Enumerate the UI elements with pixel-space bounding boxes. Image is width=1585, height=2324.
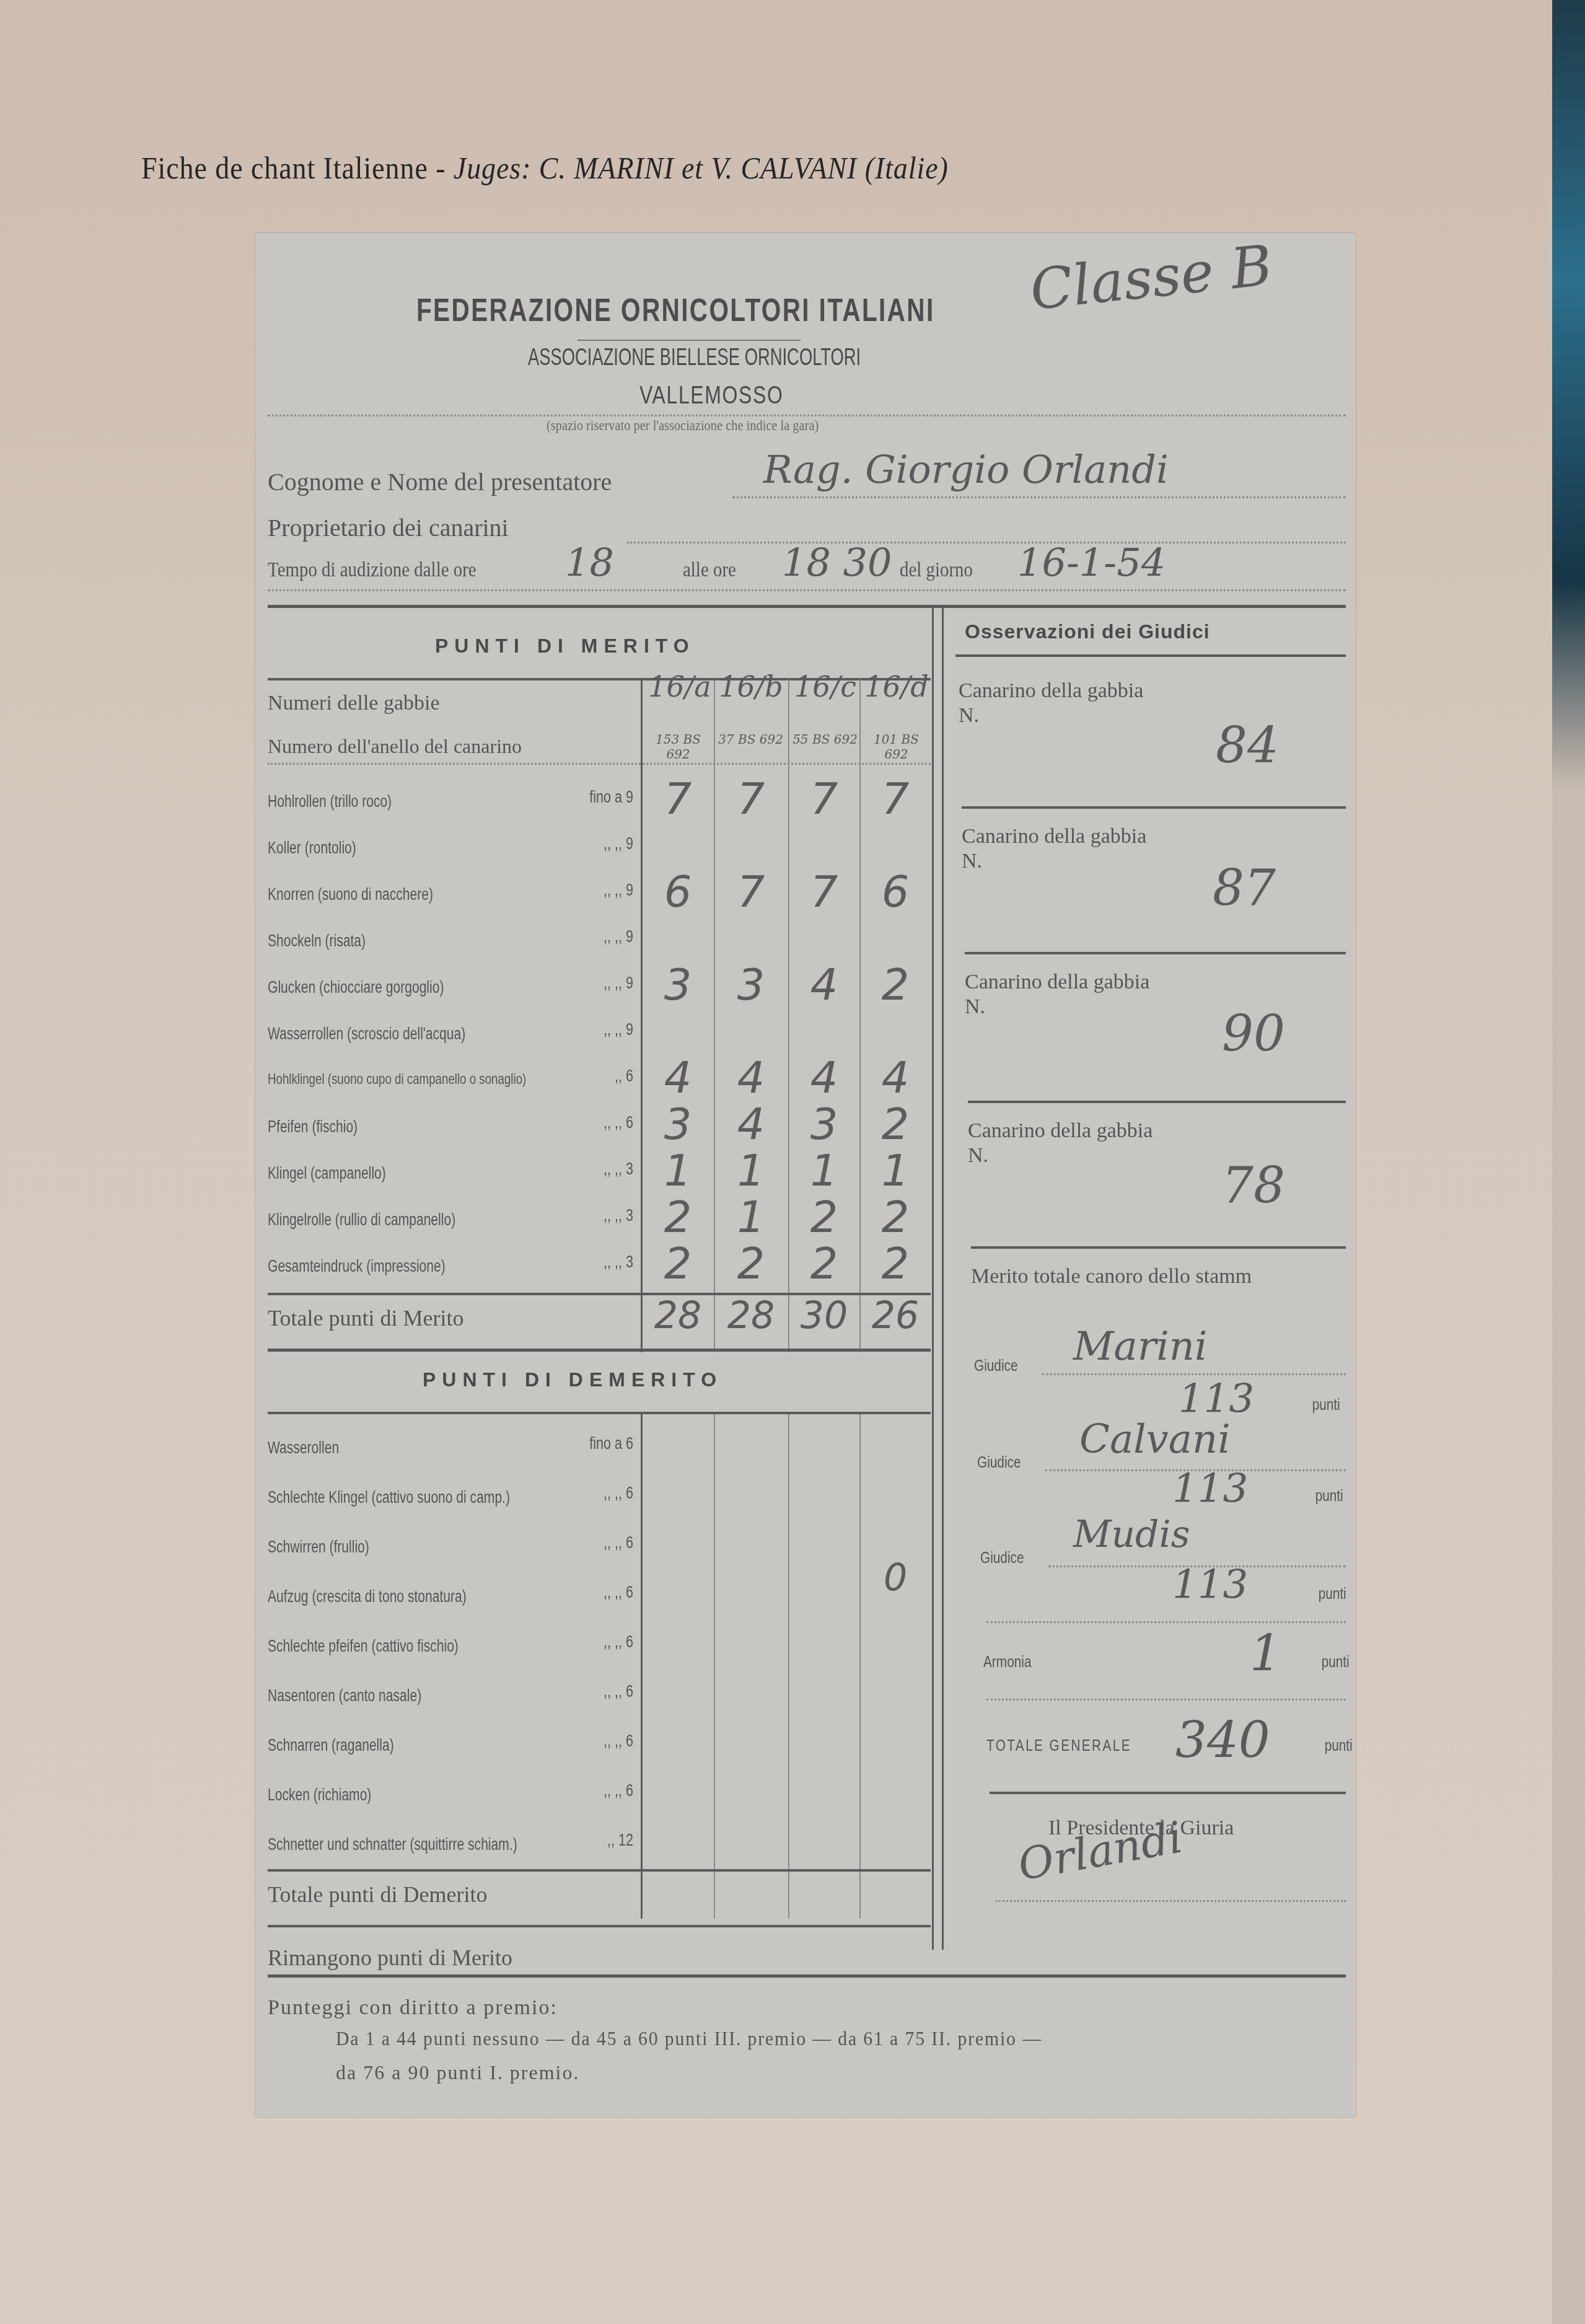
merit-title: PUNTI DI MERITO (435, 635, 695, 658)
score-cell[interactable]: 1 (647, 1145, 709, 1196)
merit-row: Hohlklingel (suono cupo di campanello o … (255, 1057, 931, 1104)
presenter-value[interactable]: Rag. Giorgio Orlandi (763, 447, 1169, 492)
ring-number[interactable]: 101 BS 692 (861, 732, 932, 762)
row-max: ,, 12 (534, 1831, 633, 1850)
score-cell[interactable]: 3 (720, 959, 782, 1010)
cage-number[interactable]: 16/d (863, 670, 931, 703)
merit-row: Klingel (campanello) ,, ,, 3 1 1 1 1 (255, 1150, 931, 1197)
row-max: fino a 6 (534, 1434, 633, 1453)
cage-obs-n: N. (962, 850, 982, 873)
row-divider (268, 763, 931, 765)
harmony-value[interactable]: 1 (1250, 1624, 1281, 1682)
row-max: ,, 6 (534, 1067, 633, 1086)
row-max: ,, ,, 3 (534, 1160, 633, 1179)
prizes-line-1: Da 1 a 44 punti nessuno — da 45 a 60 pun… (336, 2027, 1042, 2050)
merit-row: Glucken (chiocciare gorgoglio) ,, ,, 9 3… (255, 964, 931, 1011)
row-label: Pfeifen (fischio) (268, 1117, 358, 1137)
demerit-row: Schnetter und schnatter (squittirre schi… (255, 1820, 931, 1869)
row-max: ,, ,, 9 (534, 974, 633, 993)
merit-row: Klingelrolle (rullio di campanello) ,, ,… (255, 1197, 931, 1243)
row-max: ,, ,, 6 (534, 1113, 633, 1132)
score-cell[interactable]: 1 (793, 1145, 855, 1196)
time-line (268, 589, 1346, 591)
score-cell[interactable]: 2 (864, 1238, 926, 1289)
row-label: Schnetter und schnatter (squittirre schi… (268, 1835, 517, 1854)
bottom-rule (268, 1974, 1346, 1978)
page-caption: Fiche de chant Italienne - Juges: C. MAR… (141, 150, 949, 186)
merit-row: Wasserrollen (scroscio dell'acqua) ,, ,,… (255, 1011, 931, 1057)
cage-obs-value[interactable]: 87 (1213, 859, 1276, 917)
grand-total-value[interactable]: 340 (1175, 1711, 1270, 1769)
score-cell[interactable]: 7 (793, 866, 855, 917)
section-rule-top (268, 605, 1346, 608)
remaining-label: Rimangono punti di Merito (268, 1945, 512, 1971)
row-label: Locken (richiamo) (268, 1785, 371, 1805)
score-cell[interactable]: 2 (647, 1192, 709, 1243)
association-name: ASSOCIAZIONE BIELLESE ORNICOLTORI (528, 345, 861, 371)
score-cell[interactable]: 2 (793, 1192, 855, 1243)
judge-points[interactable]: 113 (1172, 1466, 1248, 1512)
cage-obs-value[interactable]: 84 (1216, 716, 1279, 774)
row-label: Klingel (campanello) (268, 1164, 386, 1183)
demerit-row: Schlechte Klingel (cattivo suono di camp… (255, 1472, 931, 1522)
grand-total-unit: punti (1325, 1736, 1353, 1755)
time-label: Tempo di audizione dalle ore (268, 558, 476, 582)
row-label: Schwirren (frullio) (268, 1538, 369, 1557)
score-cell[interactable]: 3 (647, 959, 709, 1010)
president-line (996, 1900, 1346, 1902)
score-cell[interactable]: 4 (864, 1052, 926, 1103)
row-label: Gesamteindruck (impressione) (268, 1257, 446, 1276)
score-cell[interactable]: 0 (864, 1556, 926, 1600)
row-label: Wasserrollen (scroscio dell'acqua) (268, 1024, 465, 1044)
score-cell[interactable]: 7 (793, 773, 855, 824)
row-max: ,, ,, 3 (534, 1206, 633, 1225)
row-max: ,, ,, 6 (534, 1583, 633, 1602)
judge-line (1042, 1373, 1346, 1375)
date-value[interactable]: 16-1-54 (1017, 540, 1166, 585)
score-cell[interactable]: 6 (864, 866, 926, 917)
time-to-value[interactable]: 18 30 (782, 540, 892, 585)
score-cell[interactable]: 4 (720, 1099, 782, 1150)
score-cell[interactable]: 2 (864, 1192, 926, 1243)
score-cell[interactable]: 1 (720, 1192, 782, 1243)
demerit-title: PUNTI DI DEMERITO (423, 1368, 722, 1391)
score-cell[interactable]: 2 (647, 1238, 709, 1289)
cage-obs-value[interactable]: 78 (1222, 1156, 1285, 1214)
cage-obs-n: N. (968, 1144, 988, 1168)
date-label: del giorno (900, 558, 973, 582)
header-divider (577, 340, 801, 341)
merit-total-cell[interactable]: 30 (793, 1294, 855, 1337)
column-divider-left (932, 605, 934, 1950)
cage-obs-n: N. (959, 704, 979, 728)
score-cell[interactable]: 4 (793, 1052, 855, 1103)
rings-label: Numero dell'anello del canarino (268, 735, 522, 758)
judge-signature: Calvani (1079, 1417, 1231, 1463)
cage-obs-n: N. (965, 995, 985, 1019)
judge-label: Giudice (977, 1453, 1021, 1472)
row-label: Aufzug (crescita di tono stonatura) (268, 1587, 467, 1606)
cage-obs-label: Canarino della gabbia (959, 679, 1143, 703)
caption-plain: Fiche de chant Italienne - (141, 151, 454, 185)
row-label: Schlechte Klingel (cattivo suono di camp… (268, 1488, 510, 1507)
demerit-row: Schwirren (frullio) ,, ,, 6 (255, 1522, 931, 1572)
score-cell[interactable]: 2 (720, 1238, 782, 1289)
score-cell[interactable]: 2 (864, 1099, 926, 1150)
background-edge (1552, 0, 1585, 2324)
grand-total-rule (990, 1792, 1346, 1794)
judge-points-unit: punti (1315, 1486, 1343, 1505)
merit-section-end-rule (268, 1349, 931, 1352)
cage-obs-label: Canarino della gabbia (962, 825, 1146, 848)
row-max: ,, ,, 6 (534, 1682, 633, 1701)
total-merit-label: Merito totale canoro dello stamm (971, 1265, 1252, 1288)
score-cell[interactable]: 3 (647, 1099, 709, 1150)
class-handwritten: Classe B (1027, 233, 1276, 323)
prizes-title: Punteggi con diritto a premio: (268, 1996, 558, 2020)
owner-label: Proprietario dei canarini (268, 513, 509, 542)
cage-obs-label: Canarino della gabbia (968, 1119, 1153, 1143)
judge-points-unit: punti (1312, 1395, 1340, 1414)
ring-number[interactable]: 37 BS 692 (715, 732, 786, 747)
row-label: Wasserollen (268, 1438, 339, 1458)
score-cell[interactable]: 7 (720, 773, 782, 824)
judge-points[interactable]: 113 (1179, 1376, 1254, 1422)
demerit-row: Nasentoren (canto nasale) ,, ,, 6 (255, 1671, 931, 1720)
caption-judges: Juges: C. MARINI et V. CALVANI (Italie) (454, 151, 949, 185)
demerit-row: Schnarren (raganella) ,, ,, 6 (255, 1720, 931, 1770)
row-label: Klingelrolle (rullio di campanello) (268, 1210, 455, 1230)
cage-number[interactable]: 16/a (646, 670, 714, 703)
observations-title: Osservazioni dei Giudici (965, 620, 1210, 643)
demerit-row: Aufzug (crescita di tono stonatura) ,, ,… (255, 1572, 931, 1621)
cage-obs-rule (965, 952, 1346, 954)
judge-signature: Marini (1073, 1324, 1207, 1370)
reserved-line (268, 415, 1346, 416)
row-max: ,, ,, 9 (534, 834, 633, 853)
merit-row: Knorren (suono di nacchere) ,, ,, 9 6 7 … (255, 871, 931, 918)
demerit-row: Locken (richiamo) ,, ,, 6 (255, 1770, 931, 1820)
judge-points-unit: punti (1319, 1584, 1346, 1603)
row-max: ,, ,, 6 (534, 1632, 633, 1652)
merit-row: Koller (rontolio) ,, ,, 9 (255, 825, 931, 871)
score-cell[interactable]: 7 (647, 773, 709, 824)
cage-obs-rule (971, 1246, 1346, 1249)
ring-number[interactable]: 153 BS 692 (643, 732, 714, 762)
cages-label: Numeri delle gabbie (268, 692, 440, 715)
city-name: VALLEMOSSO (639, 382, 783, 410)
row-label: Schlechte pfeifen (cattivo fischio) (268, 1637, 459, 1656)
judge-signature: Mudis (1073, 1513, 1190, 1556)
row-label: Glucken (chiocciare gorgoglio) (268, 978, 444, 997)
owner-line[interactable] (627, 542, 1346, 544)
demerit-title-rule (268, 1412, 931, 1414)
judge-points[interactable]: 113 (1172, 1562, 1248, 1608)
merit-row: Pfeifen (fischio) ,, ,, 6 3 4 3 2 (255, 1104, 931, 1150)
merit-total-label: Totale punti di Merito (268, 1305, 463, 1331)
cage-number[interactable]: 16/c (791, 670, 859, 703)
score-cell[interactable]: 7 (720, 866, 782, 917)
row-max: ,, ,, 9 (534, 881, 633, 900)
row-label: Hohlrollen (trillo roco) (268, 792, 392, 811)
merit-total-cell[interactable]: 28 (720, 1294, 782, 1337)
cage-obs-label: Canarino della gabbia (965, 971, 1149, 994)
row-max: ,, ,, 6 (534, 1484, 633, 1503)
demerit-total-rule (268, 1869, 931, 1872)
time-to-label: alle ore (683, 558, 736, 582)
score-cell[interactable]: 4 (720, 1052, 782, 1103)
row-max: ,, ,, 3 (534, 1252, 633, 1272)
observations-title-rule (955, 654, 1346, 657)
reserved-note: (spazio riservato per l'associazione che… (547, 418, 819, 434)
score-cell[interactable]: 7 (864, 773, 926, 824)
harmony-unit: punti (1322, 1652, 1350, 1671)
score-cell[interactable]: 2 (864, 959, 926, 1010)
demerit-remaining-rule (268, 1925, 931, 1927)
cage-obs-rule (962, 806, 1346, 809)
demerit-total-label: Totale punti di Demerito (268, 1882, 487, 1908)
prizes-line-2: da 76 a 90 punti I. premio. (336, 2061, 579, 2084)
score-cell[interactable]: 4 (793, 959, 855, 1010)
row-max: ,, ,, 9 (534, 1020, 633, 1039)
cage-obs-value[interactable]: 90 (1222, 1005, 1285, 1062)
row-label: Schnarren (raganella) (268, 1736, 394, 1755)
merit-total-cell[interactable]: 26 (864, 1294, 926, 1337)
merit-row: Gesamteindruck (impressione) ,, ,, 3 2 2… (255, 1243, 931, 1290)
judge-label: Giudice (980, 1548, 1024, 1567)
harmony-label: Armonia (983, 1652, 1031, 1671)
score-cell[interactable]: 4 (647, 1052, 709, 1103)
row-label: Hohlklingel (suono cupo di campanello o … (268, 1071, 526, 1088)
row-label: Koller (rontolio) (268, 838, 356, 858)
grand-total-label: TOTALE GENERALE (986, 1736, 1131, 1755)
row-max: ,, ,, 6 (534, 1781, 633, 1800)
demerit-row: Schlechte pfeifen (cattivo fischio) ,, ,… (255, 1621, 931, 1671)
score-cell[interactable]: 3 (793, 1099, 855, 1150)
merit-total-cell[interactable]: 28 (647, 1294, 709, 1337)
demerit-row: Wasserollen fino a 6 (255, 1423, 931, 1472)
row-label: Nasentoren (canto nasale) (268, 1686, 421, 1706)
score-sheet: FEDERAZIONE ORNICOLTORI ITALIANI Classe … (255, 233, 1356, 2117)
row-max: ,, ,, 9 (534, 927, 633, 946)
judge-section-line (986, 1621, 1346, 1623)
presenter-label: Cognome e Nome del presentatore (268, 467, 612, 496)
row-max: ,, ,, 6 (534, 1732, 633, 1751)
score-cell[interactable]: 1 (720, 1145, 782, 1196)
judge-label: Giudice (974, 1356, 1018, 1375)
federation-title: FEDERAZIONE ORNICOLTORI ITALIANI (416, 292, 934, 329)
row-label: Knorren (suono di nacchere) (268, 885, 433, 904)
harmony-line (986, 1699, 1346, 1701)
presenter-line (732, 496, 1346, 498)
column-divider-right (942, 605, 944, 1950)
score-cell[interactable]: 6 (647, 866, 709, 917)
row-label: Shockeln (risata) (268, 931, 366, 951)
score-cell[interactable]: 2 (793, 1238, 855, 1289)
ring-number[interactable]: 55 BS 692 (789, 732, 861, 747)
cage-obs-rule (968, 1101, 1346, 1103)
row-max: fino a 9 (534, 788, 633, 807)
cage-number[interactable]: 16/b (717, 670, 785, 703)
merit-row: Shockeln (risata) ,, ,, 9 (255, 918, 931, 964)
merit-row: Hohlrollen (trillo roco) fino a 9 7 7 7 … (255, 778, 931, 825)
time-from-value[interactable]: 18 (565, 540, 614, 585)
score-cell[interactable]: 1 (864, 1145, 926, 1196)
row-max: ,, ,, 6 (534, 1533, 633, 1552)
